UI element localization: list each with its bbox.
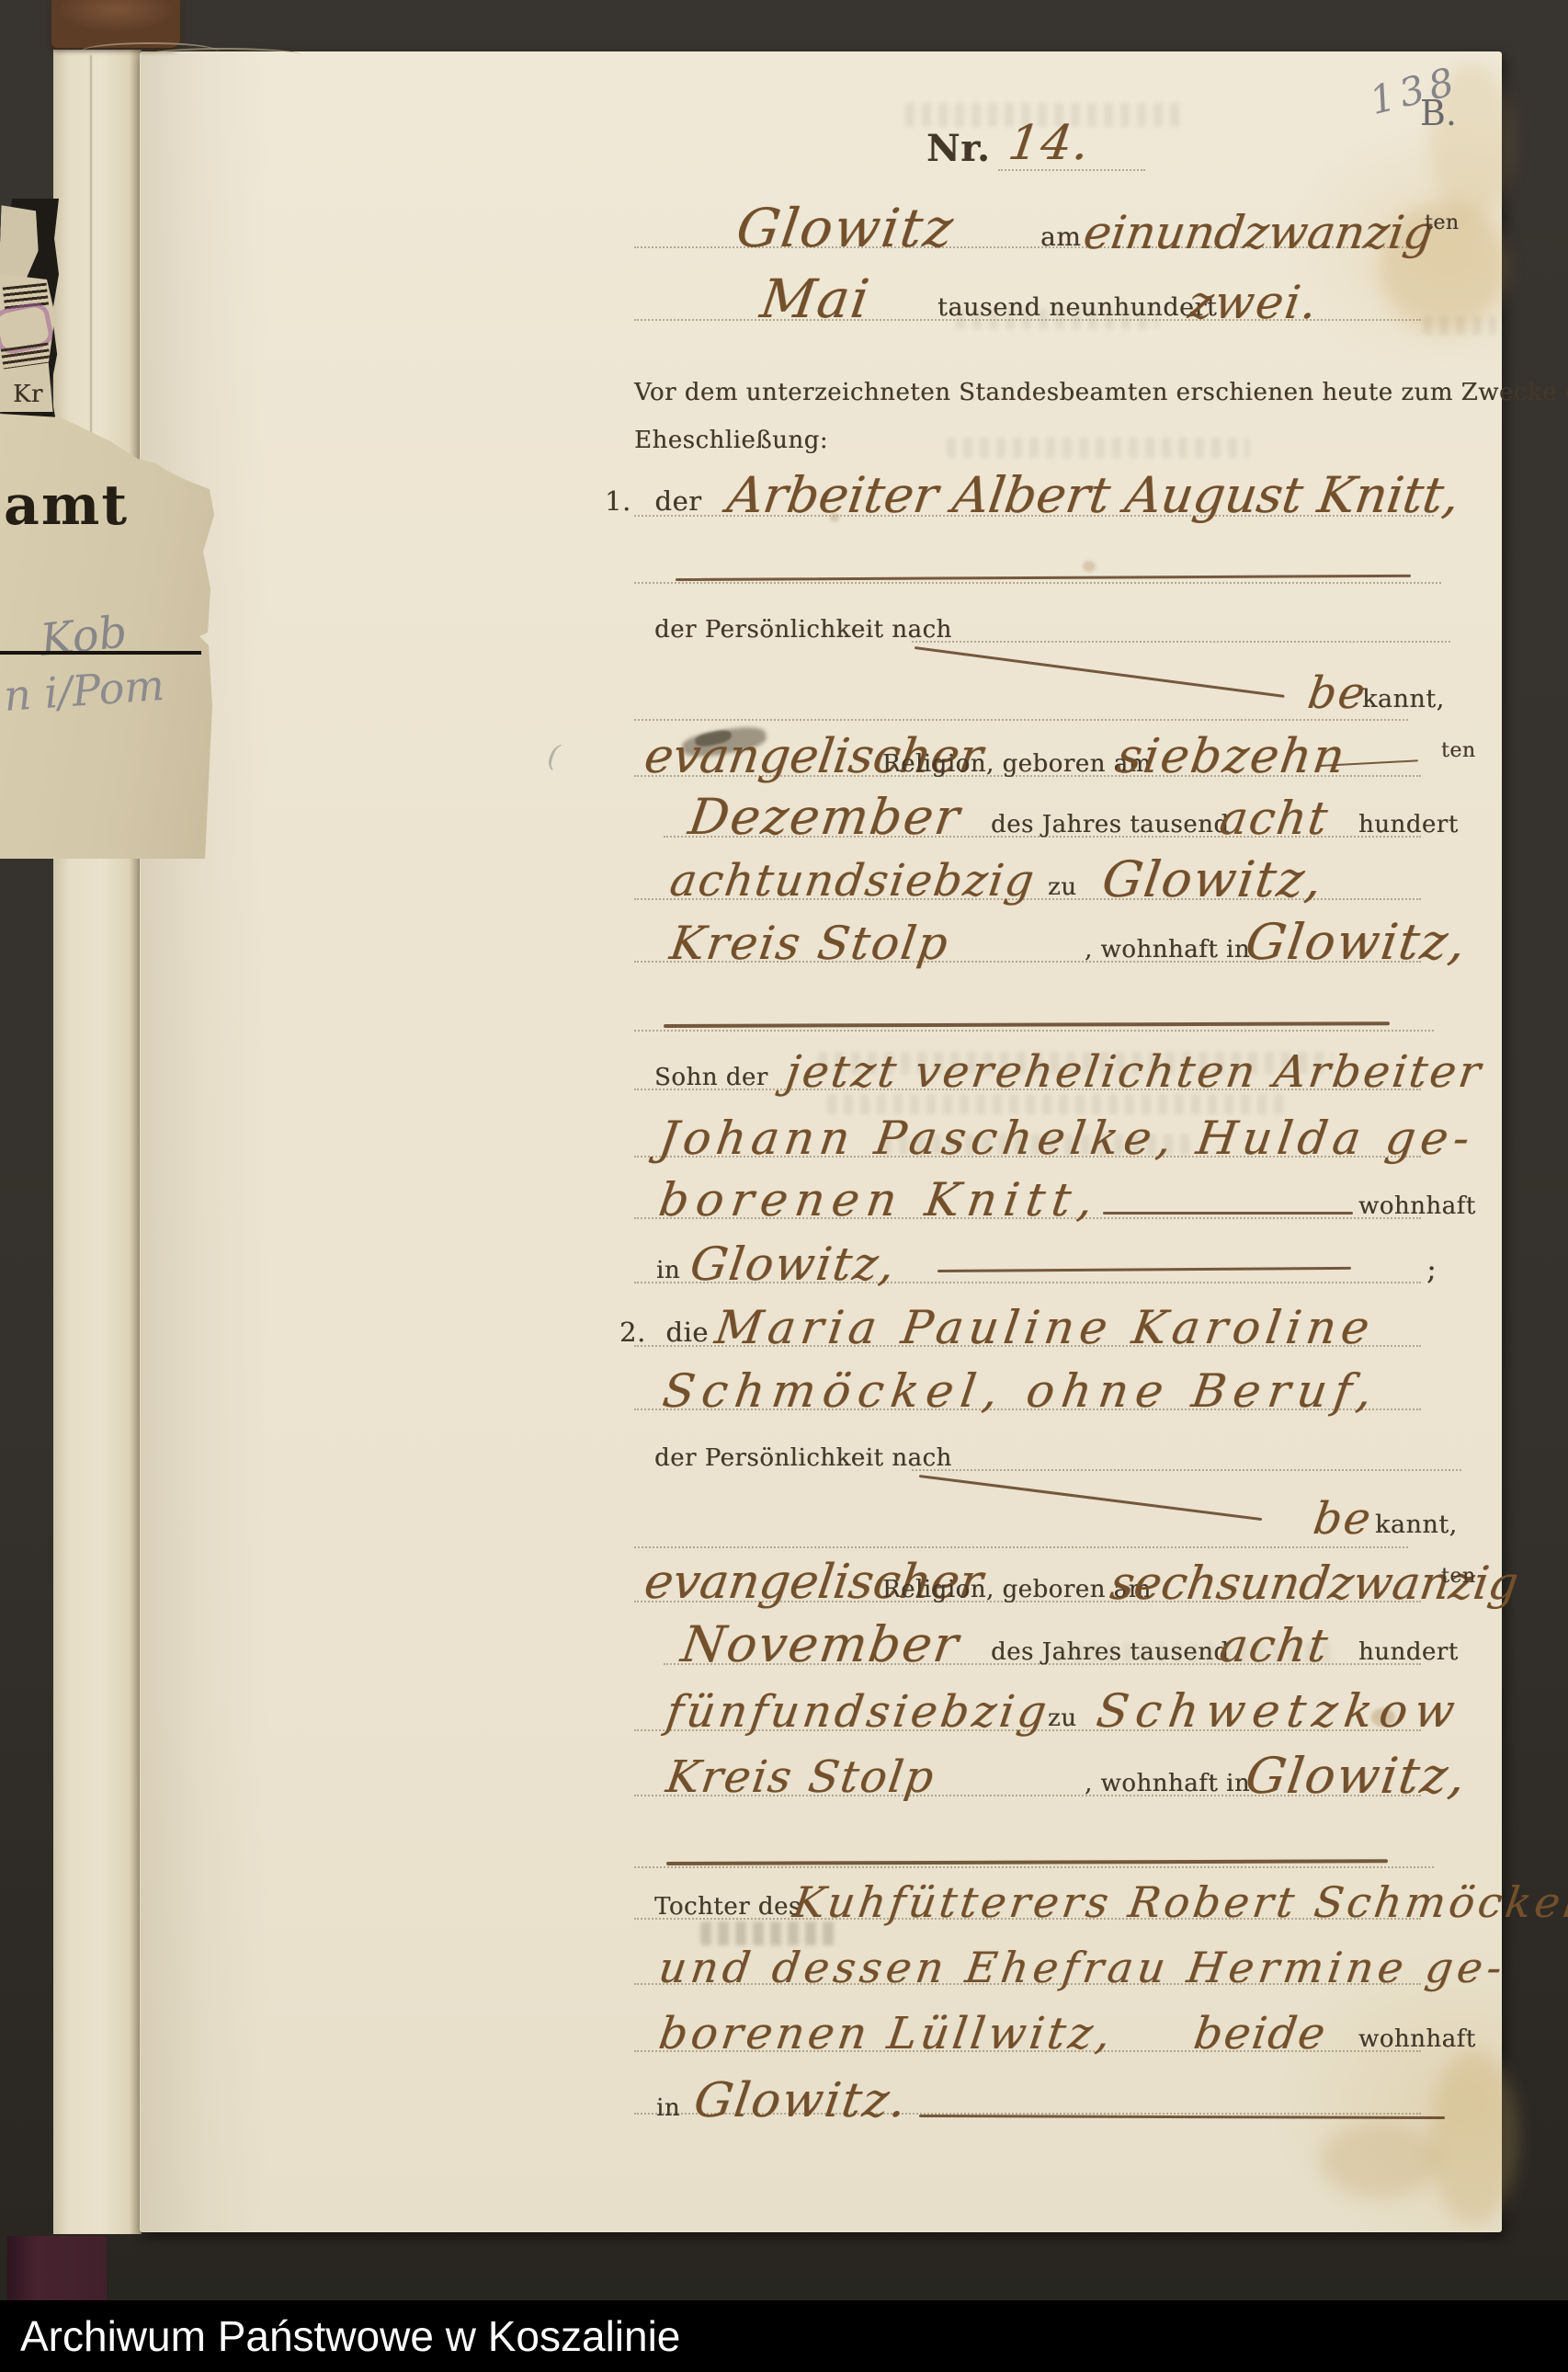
religion-geboren-label-1: Religion, geboren am [882,752,1152,776]
record-number-label: Nr. [926,131,990,167]
groom-parents-line3: borenen Knitt, [656,1177,1103,1223]
form-rule [634,582,1441,584]
record-number-value: 14. [1006,120,1094,167]
bride-parents-line3: borenen Lüllwitz, [656,2012,1117,2056]
groom-name-entry: Arbeiter Albert August Knitt, [724,471,1462,520]
day-entry: einundzwanzig [1081,210,1437,256]
bride-parents-line2: und dessen Ehefrau Hermine ge- [656,1946,1509,1989]
bride-residence-entry: Glowitz, [1243,1751,1470,1801]
wohnhaft-label-1: wohnhaft [1358,1194,1476,1218]
groom-kreis-entry: Kreis Stolp [667,920,952,966]
slip-pencil-note-1: Kob [39,610,130,663]
stain [1320,2124,1439,2197]
bride-kreis-entry: Kreis Stolp [664,1755,937,1799]
groom-birthplace-entry: Glowitz, [1099,855,1326,905]
form-rule [912,1469,1461,1471]
bride-item-label: 2. die [619,1319,709,1346]
form-rule [634,719,1408,721]
bleedthrough-text [1423,316,1496,335]
des-jahres-label-1: des Jahres tausend [991,813,1230,837]
archive-caption-band: Archiwum Państwowe w Koszalinie [0,2300,1568,2372]
groom-parents-residence: Glowitz, [687,1241,899,1287]
form-rule [634,1546,1408,1548]
zu-label-1: zu [1048,875,1076,899]
in-label-1: in [656,1259,680,1283]
book-cover-edge [7,2236,107,2302]
bride-beide-entry: beide [1191,2012,1329,2056]
ten-suffix: ten [1425,213,1460,234]
des-jahres-label-2: des Jahres tausend [991,1640,1230,1664]
stain [1430,2050,1517,2225]
ten-suffix-bride: ten [1441,1567,1476,1587]
slip-rule-line [0,651,201,655]
form-rule [912,641,1450,643]
wohnhaft-in-label-1: , wohnhaft in [1085,938,1250,962]
bride-birthmonth-entry: November [678,1620,962,1670]
year-entry: zwei. [1186,279,1322,325]
scrap-print-text: Kr [13,382,43,406]
wohnhaft-label-2: wohnhaft [1358,2027,1476,2051]
form-rule [634,1030,1434,1032]
bride-be-entry: be [1311,1497,1375,1541]
kannt-label-1: kannt, [1362,687,1445,712]
bride-birthplace-entry: Schwetzkow [1094,1688,1465,1734]
am-label: am [1040,224,1081,250]
book-page-edges [53,50,142,2234]
groom-parents-line2: Johann Paschelke, Hulda ge- [656,1115,1478,1161]
bride-year-acht-entry: acht [1217,1623,1332,1669]
kannt-label-2: kannt, [1375,1512,1458,1537]
month-entry: Mai [757,272,874,325]
groom-year-acht-entry: acht [1217,795,1332,841]
hundert-label-2: hundert [1358,1640,1459,1664]
groom-item-label: 1. der [605,488,701,515]
bride-parents-line1: Kuhfütterers Robert Schmöckel [790,1881,1568,1923]
place-entry: Glowitz [733,201,958,255]
groom-birthday-entry: siebzehn [1114,733,1349,781]
bride-name-line2: Schmöckel, ohne Beruf, [660,1368,1382,1414]
groom-parents-line1: jetzt verehelichten Arbeiter [783,1050,1485,1094]
form-rule [634,1866,1434,1868]
bride-parents-residence: Glowitz. [691,2077,911,2125]
in-label-2: in [656,2096,680,2120]
semicolon-mark: ; [1426,1254,1437,1283]
slip-printed-word: amt [4,478,129,533]
tochter-des-label: Tochter des [654,1895,801,1919]
page-letter-pencil: B. [1420,96,1457,131]
bride-name-line1: Maria Pauline Karoline [712,1305,1378,1351]
archive-caption-text: Archiwum Państwowe w Koszalinie [20,2300,680,2372]
slip-pencil-note-2: n i/Pom [3,664,166,717]
groom-birthmonth-entry: Dezember [686,793,964,842]
hundert-label-1: hundert [1358,813,1459,837]
sohn-der-label: Sohn der [654,1066,768,1089]
ink-filler-stroke [1103,1212,1353,1215]
bride-birthyear-entry: fünfundsiebzig [664,1690,1052,1734]
page-edge-arc [145,48,301,63]
groom-be-entry: be [1305,671,1369,715]
wohnhaft-in-label-2: , wohnhaft in [1085,1772,1250,1796]
bleedthrough-text [947,438,1250,458]
tausend-neunhundert-label: tausend neunhundert [937,295,1217,320]
groom-birthyear-entry: achtundsiebzig [667,859,1038,903]
printed-scrap: Kr [0,274,55,412]
persoenlichkeit-label-1: der Persönlichkeit nach [654,618,952,642]
ten-suffix-groom: ten [1441,741,1476,761]
groom-residence-entry: Glowitz, [1243,918,1470,967]
persoenlichkeit-label-2: der Persönlichkeit nach [654,1446,952,1470]
intro-line-1: Vor dem unterzeichneten Standesbeamten e… [634,381,1568,405]
spine-leather [51,0,180,48]
foxing-spot [1083,561,1096,572]
zu-label-2: zu [1048,1706,1076,1730]
intro-line-2: Eheschließung: [634,428,828,452]
scanned-register-photo: 138 B. ( Nr. 14. Glowitz am einundzwanzi… [0,0,1568,2372]
